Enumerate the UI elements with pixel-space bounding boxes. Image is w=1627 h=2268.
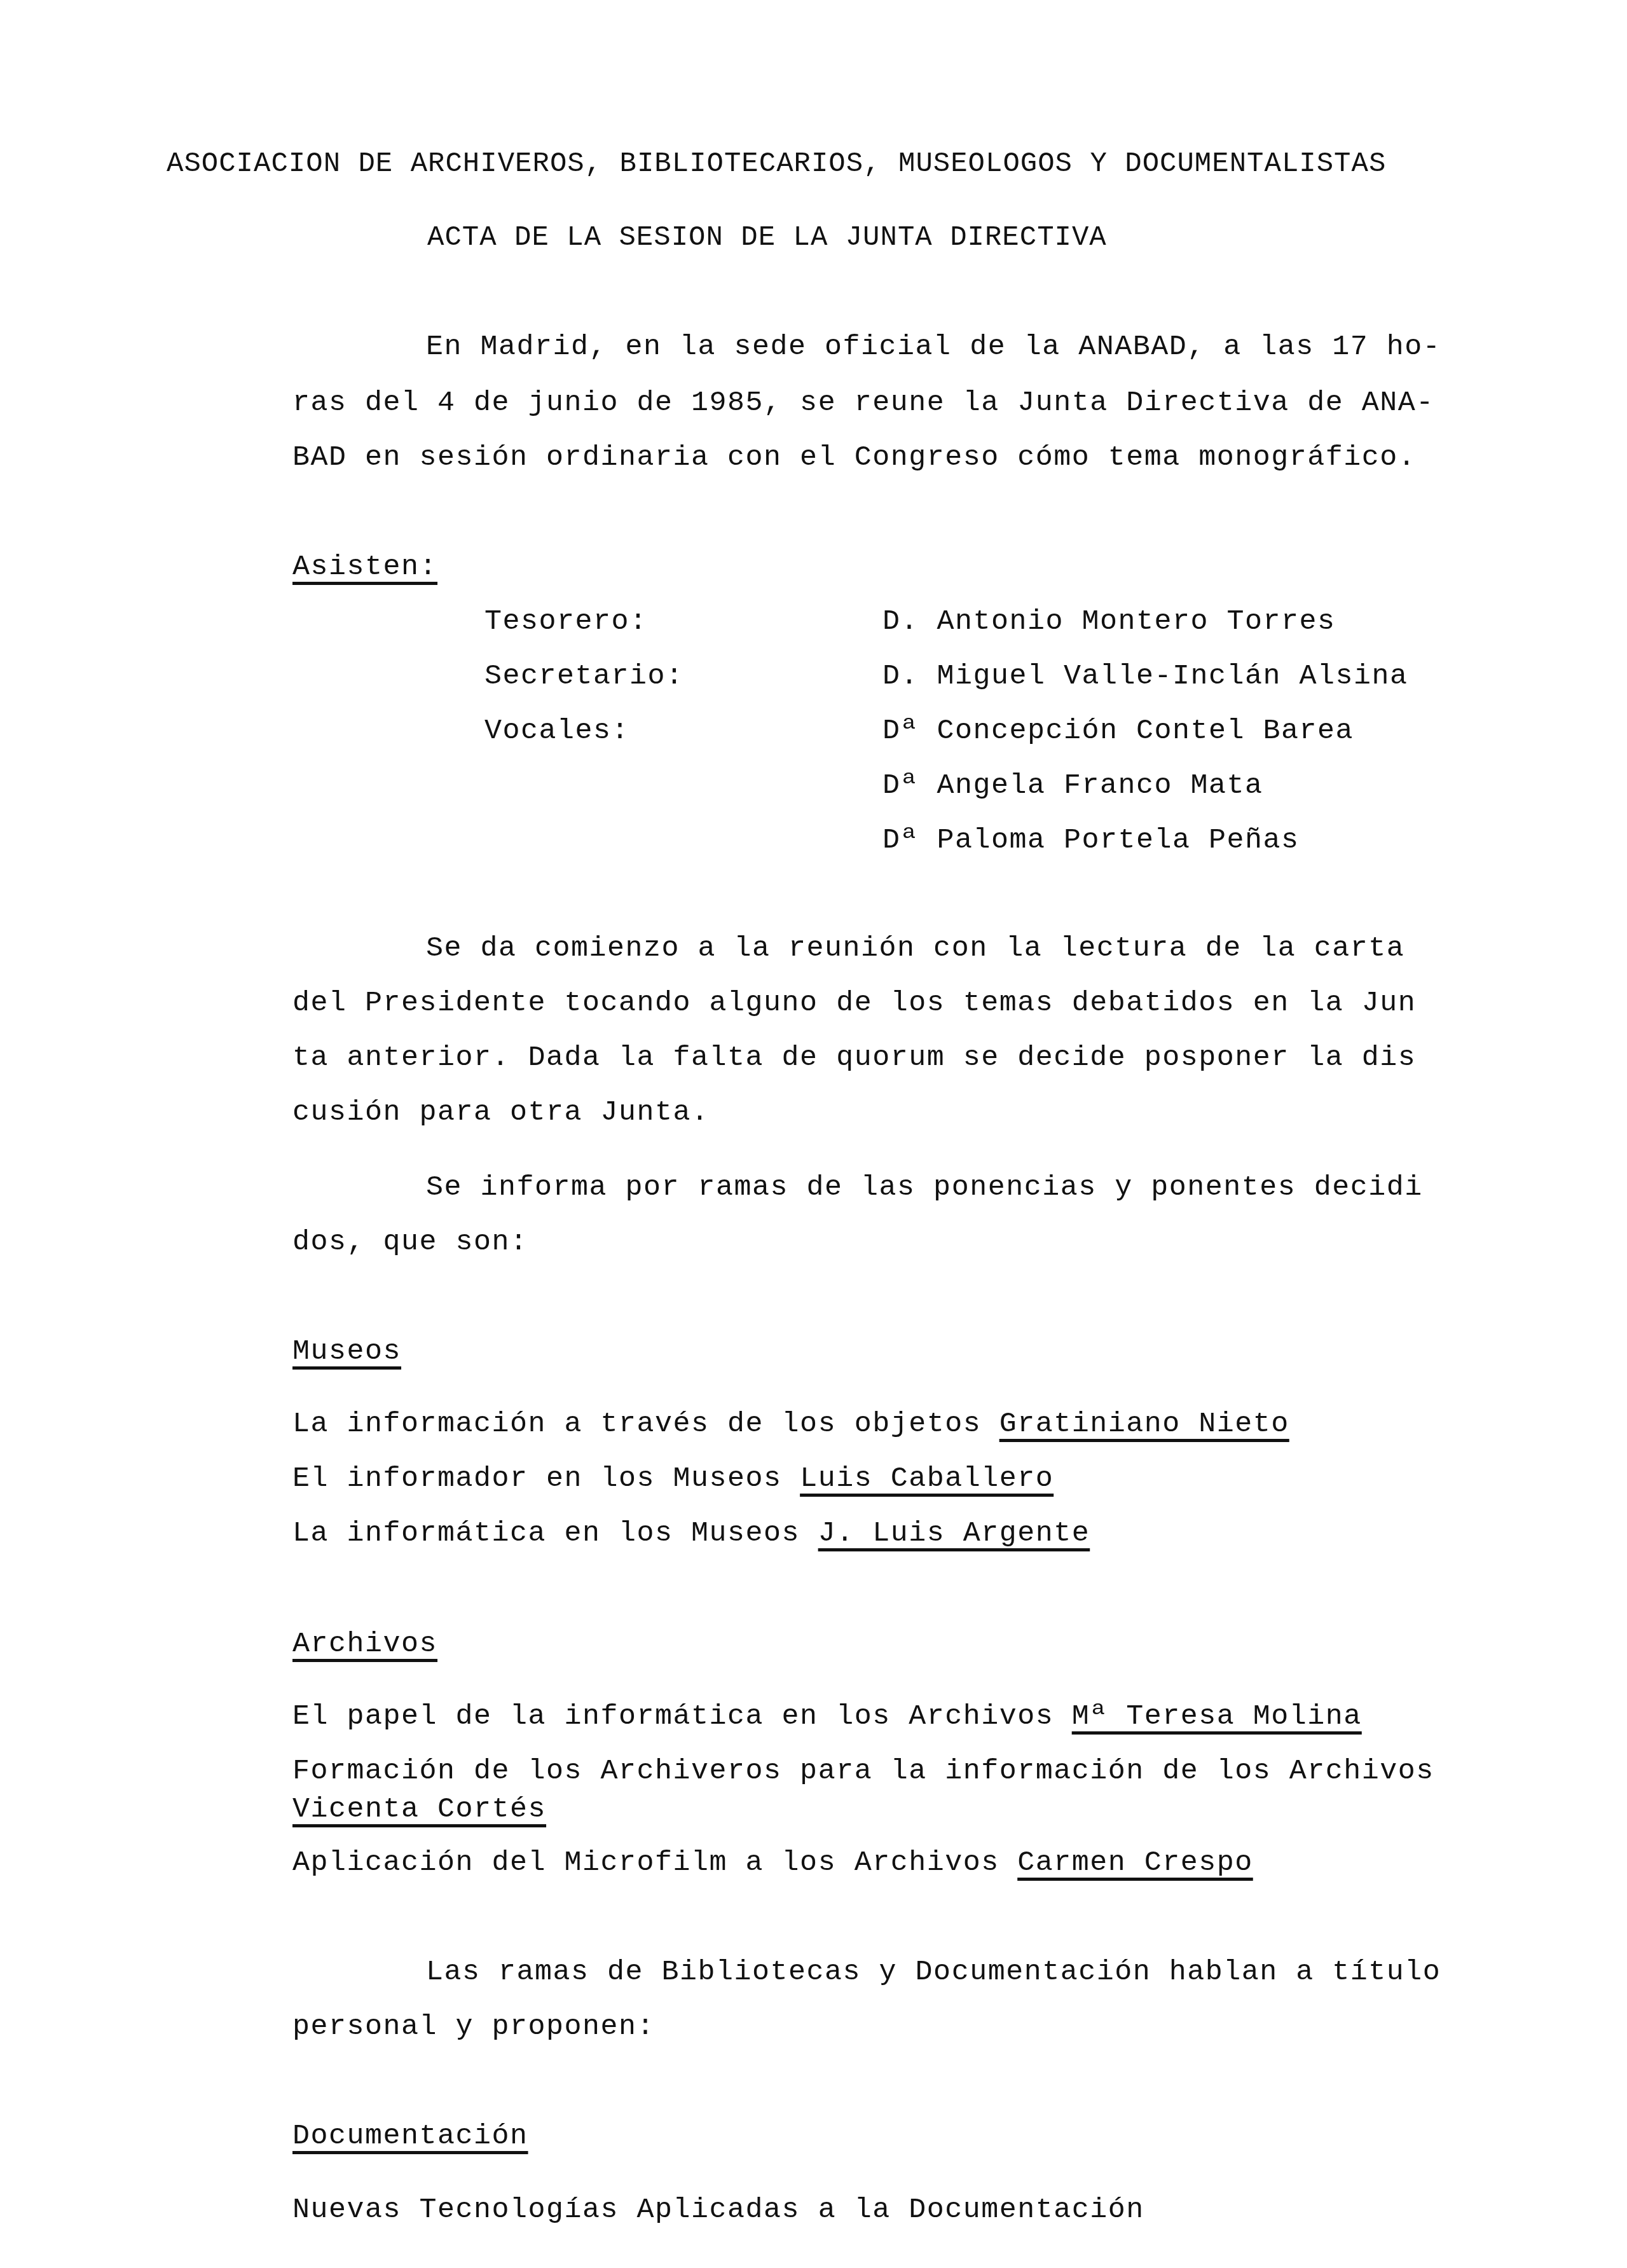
topic: El papel de la informática en los Archiv… (292, 1700, 1072, 1733)
organization-heading: ASOCIACION DE ARCHIVEROS, BIBLIOTECARIOS… (167, 145, 1386, 183)
intro-line: ras del 4 de junio de 1985, se reune la … (292, 384, 1434, 422)
intro-line: BAD en sesión ordinaria con el Congreso … (292, 439, 1416, 477)
paragraph-line: ta anterior. Dada la falta de quorum se … (292, 1039, 1416, 1077)
topic: La información a través de los objetos (292, 1408, 999, 1440)
section-heading-museos: Museos (292, 1333, 401, 1371)
attendee-name: D. Miguel Valle-Inclán Alsina (882, 657, 1408, 696)
paragraph-line: dos, que son: (292, 1223, 528, 1261)
archivos-item: El papel de la informática en los Archiv… (292, 1698, 1362, 1736)
speaker: Mª Teresa Molina (1072, 1700, 1362, 1733)
attendee-name: D. Antonio Montero Torres (882, 603, 1336, 641)
attendee-name: Dª Paloma Portela Peñas (882, 821, 1300, 860)
section-heading-archivos: Archivos (292, 1625, 437, 1663)
attendee-role: Secretario: (484, 657, 684, 696)
documentacion-item: Nuevas Tecnologías Aplicadas a la Docume… (292, 2191, 1144, 2229)
attendance-label: Asisten: (292, 548, 437, 586)
paragraph-line: del Presidente tocando alguno de los tem… (292, 984, 1416, 1022)
museos-item: El informador en los Museos Luis Caballe… (292, 1460, 1054, 1498)
paragraph-line: personal y proponen: (292, 2008, 655, 2046)
speaker: Vicenta Cortés (292, 1790, 546, 1829)
intro-line: En Madrid, en la sede oficial de la ANAB… (426, 328, 1441, 366)
archivos-item: Formación de los Archiveros para la info… (292, 1752, 1434, 1790)
topic: Aplicación del Microfilm a los Archivos (292, 1846, 1017, 1879)
document-title: ACTA DE LA SESION DE LA JUNTA DIRECTIVA (427, 219, 1107, 257)
section-heading-documentacion: Documentación (292, 2117, 528, 2155)
attendee-name: Dª Angela Franco Mata (882, 767, 1263, 805)
paragraph-line: cusión para otra Junta. (292, 1094, 710, 1132)
museos-item: La informática en los Museos J. Luis Arg… (292, 1515, 1090, 1553)
speaker: Gratiniano Nieto (999, 1408, 1289, 1440)
paragraph-line: Se da comienzo a la reunión con la lectu… (426, 930, 1404, 968)
paragraph-line: Se informa por ramas de las ponencias y … (426, 1169, 1423, 1207)
speaker: J. Luis Argente (818, 1517, 1090, 1550)
speaker: Luis Caballero (800, 1462, 1054, 1495)
museos-item: La información a través de los objetos G… (292, 1405, 1289, 1443)
topic: Formación de los Archiveros para la info… (292, 1755, 1434, 1787)
attendee-name: Dª Concepción Contel Barea (882, 712, 1354, 750)
archivos-item: Aplicación del Microfilm a los Archivos … (292, 1844, 1253, 1882)
attendee-role: Tesorero: (484, 603, 648, 641)
topic: La informática en los Museos (292, 1517, 818, 1550)
attendee-role: Vocales: (484, 712, 629, 750)
topic: El informador en los Museos (292, 1462, 800, 1495)
paragraph-line: Las ramas de Bibliotecas y Documentación… (426, 1953, 1441, 1991)
speaker: Carmen Crespo (1017, 1846, 1253, 1879)
